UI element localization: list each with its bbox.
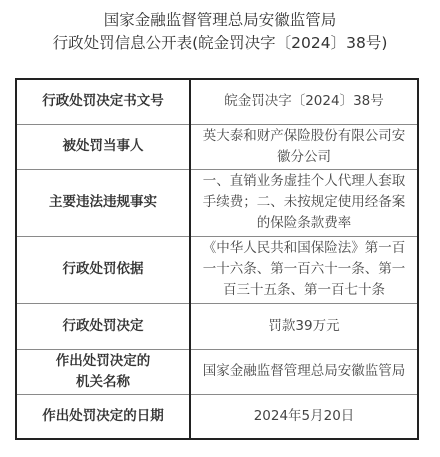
row-label: 作出处罚决定的 机关名称	[16, 349, 190, 394]
row-label: 作出处罚决定的日期	[16, 394, 190, 439]
table-row-penalty-decision: 行政处罚决定 罚款39万元	[16, 303, 418, 349]
value-line: 百三十五条、第一百七十条	[197, 280, 411, 301]
table-row-violation-facts: 主要违法违规事实 一、直销业务虚挂个人代理人套取 手续费；二、未按规定使用经备案…	[16, 169, 418, 236]
penalty-info-table: 行政处罚决定书文号 皖金罚决字〔2024〕38号 被处罚当事人 英大泰和财产保险…	[15, 78, 419, 440]
value-line: 《中华人民共和国保险法》第一百	[197, 238, 411, 259]
row-value: 皖金罚决字〔2024〕38号	[190, 79, 418, 124]
value-line: 徽分公司	[197, 147, 411, 168]
row-value: 罚款39万元	[190, 303, 418, 349]
label-line: 机关名称	[23, 372, 183, 393]
table-row-deciding-authority: 作出处罚决定的 机关名称 国家金融监督管理总局安徽监管局	[16, 349, 418, 394]
value-line: 一、直销业务虚挂个人代理人套取	[197, 171, 411, 192]
row-label: 行政处罚决定	[16, 303, 190, 349]
value-line: 一十六条、第一百六十一条、第一	[197, 259, 411, 280]
row-label: 行政处罚决定书文号	[16, 79, 190, 124]
row-label: 行政处罚依据	[16, 236, 190, 303]
value-line: 的保险条款费率	[197, 213, 411, 234]
row-value: 2024年5月20日	[190, 394, 418, 439]
document-title-line-2: 行政处罚信息公开表(皖金罚决字〔2024〕38号)	[0, 33, 440, 53]
table-row-legal-basis: 行政处罚依据 《中华人民共和国保险法》第一百 一十六条、第一百六十一条、第一 百…	[16, 236, 418, 303]
row-value: 国家金融监督管理总局安徽监管局	[190, 349, 418, 394]
value-line: 英大泰和财产保险股份有限公司安	[197, 126, 411, 147]
table-row-penalized-party: 被处罚当事人 英大泰和财产保险股份有限公司安 徽分公司	[16, 124, 418, 169]
table-row-decision-number: 行政处罚决定书文号 皖金罚决字〔2024〕38号	[16, 79, 418, 124]
row-value: 《中华人民共和国保险法》第一百 一十六条、第一百六十一条、第一 百三十五条、第一…	[190, 236, 418, 303]
row-label: 被处罚当事人	[16, 124, 190, 169]
value-line: 手续费；二、未按规定使用经备案	[197, 192, 411, 213]
label-line: 作出处罚决定的	[23, 351, 183, 372]
document-title-line-1: 国家金融监督管理总局安徽监管局	[0, 10, 440, 30]
table-row-decision-date: 作出处罚决定的日期 2024年5月20日	[16, 394, 418, 439]
row-value: 一、直销业务虚挂个人代理人套取 手续费；二、未按规定使用经备案 的保险条款费率	[190, 169, 418, 236]
row-value: 英大泰和财产保险股份有限公司安 徽分公司	[190, 124, 418, 169]
row-label: 主要违法违规事实	[16, 169, 190, 236]
